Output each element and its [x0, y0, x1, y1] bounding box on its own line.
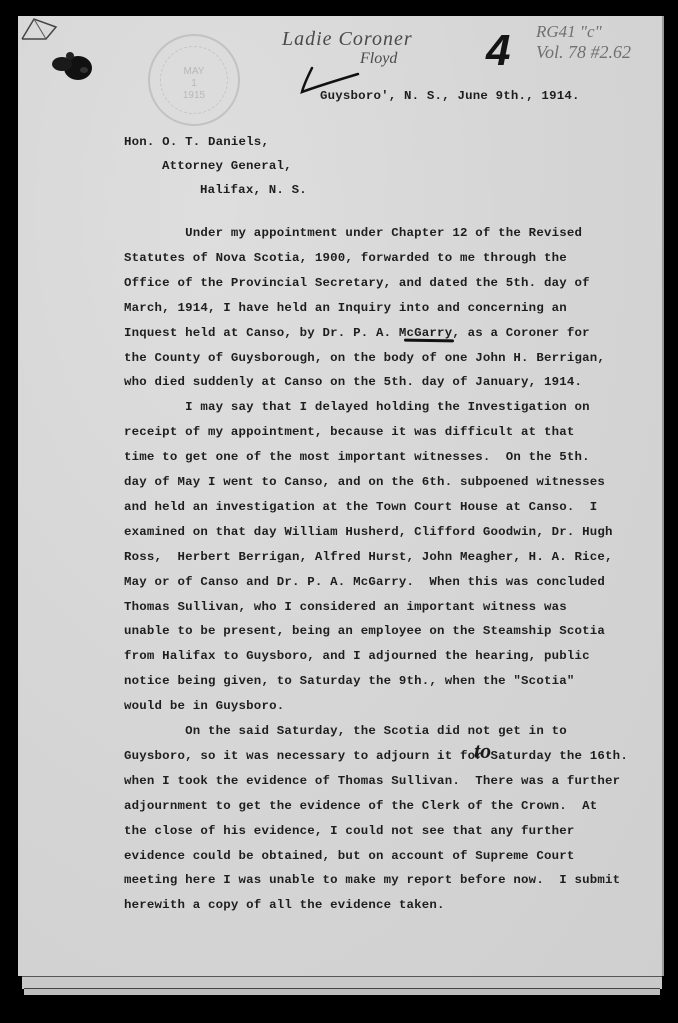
body-line: herewith a copy of all the evidence take…	[124, 898, 445, 912]
body-line: examined on that day William Husherd, Cl…	[124, 525, 613, 539]
stamp-day: 1	[150, 78, 238, 89]
body-line: day of May I went to Canso, and on the 6…	[124, 475, 605, 489]
body-line: who died suddenly at Canso on the 5th. d…	[124, 375, 582, 389]
body-line: receipt of my appointment, because it wa…	[124, 425, 575, 439]
handwritten-correction: to	[474, 738, 491, 764]
body-line: I may say that I delayed holding the Inv…	[124, 400, 590, 414]
ink-blot-icon	[48, 50, 94, 82]
body-line: Statutes of Nova Scotia, 1900, forwarded…	[124, 251, 567, 265]
body-line: from Halifax to Guysboro, and I adjourne…	[124, 649, 590, 663]
body-line: Guysboro, so it was necessary to adjourn…	[124, 749, 628, 763]
stamp-year: 1915	[150, 90, 238, 101]
stamp-month: MAY	[150, 66, 238, 77]
body-line: Inquest held at Canso, by Dr. P. A. McGa…	[124, 326, 590, 340]
body-line: On the said Saturday, the Scotia did not…	[124, 724, 567, 738]
addressee-location: Halifax, N. S.	[200, 183, 307, 197]
addressee-name: Hon. O. T. Daniels,	[124, 135, 269, 149]
body-line: adjournment to get the evidence of the C…	[124, 799, 597, 813]
page-number: 4	[486, 26, 510, 76]
body-line: the close of his evidence, I could not s…	[124, 824, 575, 838]
body-line: notice being given, to Saturday the 9th.…	[124, 674, 575, 688]
body-line: time to get one of the most important wi…	[124, 450, 590, 464]
body-line: Ross, Herbert Berrigan, Alfred Hurst, Jo…	[124, 550, 613, 564]
archive-volume: Vol. 78 #2.62	[536, 42, 631, 63]
body-line: the County of Guysborough, on the body o…	[124, 351, 605, 365]
handwritten-name: Floyd	[360, 50, 397, 68]
dateline: Guysboro', N. S., June 9th., 1914.	[320, 89, 580, 103]
body-line: Thomas Sullivan, who I considered an imp…	[124, 600, 567, 614]
received-stamp: MAY 1 1915	[148, 34, 240, 126]
body-line: meeting here I was unable to make my rep…	[124, 873, 620, 887]
handwritten-note: Ladie Coroner	[282, 28, 413, 51]
archive-reference: RG41 "c"	[536, 22, 602, 42]
body-line: March, 1914, I have held an Inquiry into…	[124, 301, 567, 315]
body-line: when I took the evidence of Thomas Sulli…	[124, 774, 620, 788]
body-line: would be in Guysboro.	[124, 699, 284, 713]
addressee-title: Attorney General,	[162, 159, 292, 173]
body-line: Office of the Provincial Secretary, and …	[124, 276, 590, 290]
body-line: unable to be present, being an employee …	[124, 624, 605, 638]
body-line: May or of Canso and Dr. P. A. McGarry. W…	[124, 575, 605, 589]
body-line: and held an investigation at the Town Co…	[124, 500, 597, 514]
body-line: Under my appointment under Chapter 12 of…	[124, 226, 582, 240]
page-edge	[24, 988, 660, 995]
body-line: evidence could be obtained, but on accou…	[124, 849, 575, 863]
